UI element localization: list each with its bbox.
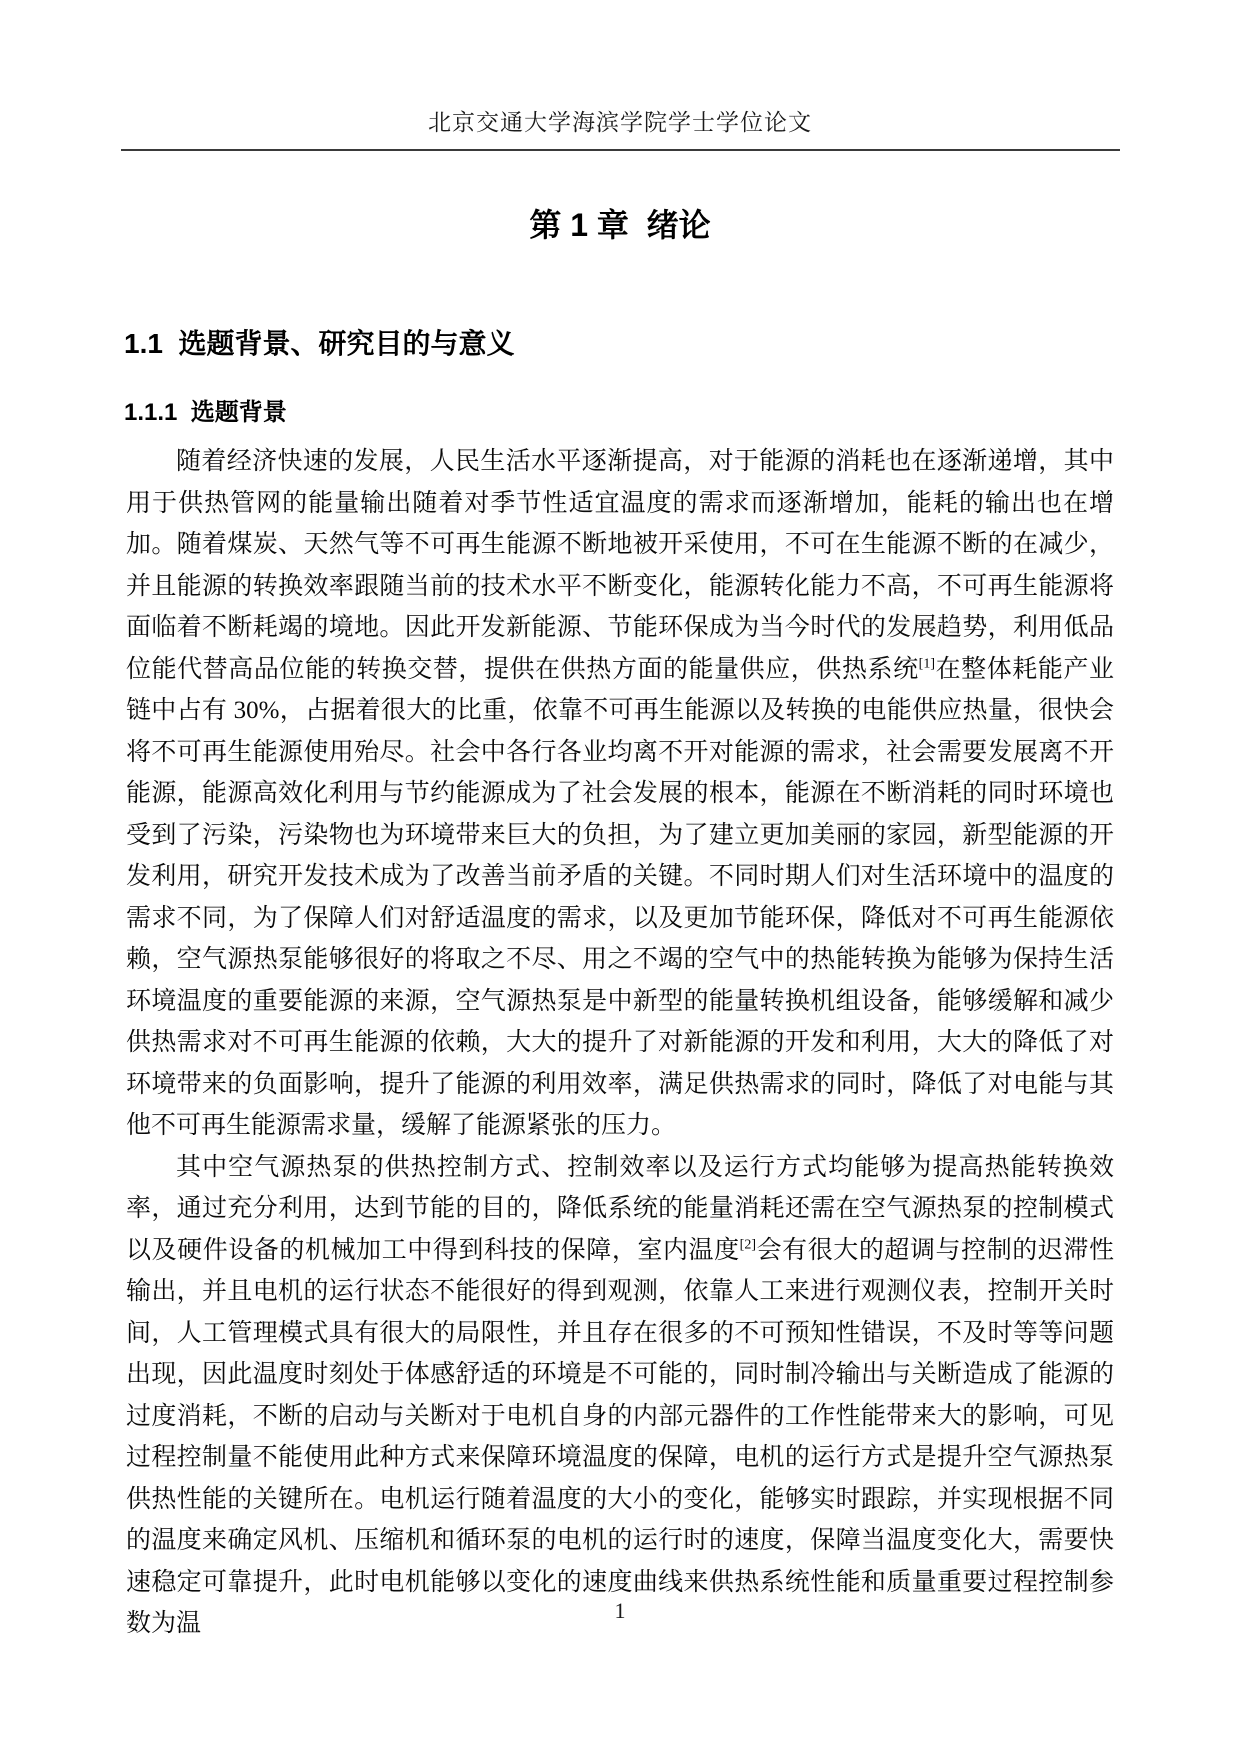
body-content: 随着经济快速的发展，人民生活水平逐渐提高，对于能源的消耗也在逐渐递增，其中用于供… — [126, 441, 1114, 1645]
paragraph-1-text: 随着经济快速的发展，人民生活水平逐渐提高，对于能源的消耗也在逐渐递增，其中用于供… — [126, 448, 1114, 683]
header-title: 北京交通大学海滨学院学士学位论文 — [428, 110, 812, 135]
paragraph-1-text-continued: 在整体耗能产业链中占有 30%，占据着很大的比重，依靠不可再生能源以及转换的电能… — [126, 656, 1114, 1140]
paragraph-2: 其中空气源热泵的供热控制方式、控制效率以及运行方式均能够为提高热能转换效率，通过… — [126, 1147, 1114, 1645]
page-header: 北京交通大学海滨学院学士学位论文 — [0, 104, 1240, 137]
citation-ref-2: [2] — [740, 1237, 756, 1252]
paragraph-1: 随着经济快速的发展，人民生活水平逐渐提高，对于能源的消耗也在逐渐递增，其中用于供… — [126, 441, 1114, 1147]
subsection-heading: 1.1.1 选题背景 — [124, 392, 287, 427]
paragraph-2-text-continued: 会有很大的超调与控制的迟滞性输出，并且电机的运行状态不能很好的得到观测，依靠人工… — [126, 1237, 1114, 1638]
header-rule — [121, 149, 1120, 151]
page-number: 1 — [0, 1598, 1240, 1624]
citation-ref-1: [1] — [919, 656, 935, 671]
section-heading: 1.1 选题背景、研究目的与意义 — [124, 322, 514, 362]
thesis-page: 北京交通大学海滨学院学士学位论文 第 1 章 绪论 1.1 选题背景、研究目的与… — [0, 0, 1240, 1754]
chapter-title: 第 1 章 绪论 — [0, 200, 1240, 246]
